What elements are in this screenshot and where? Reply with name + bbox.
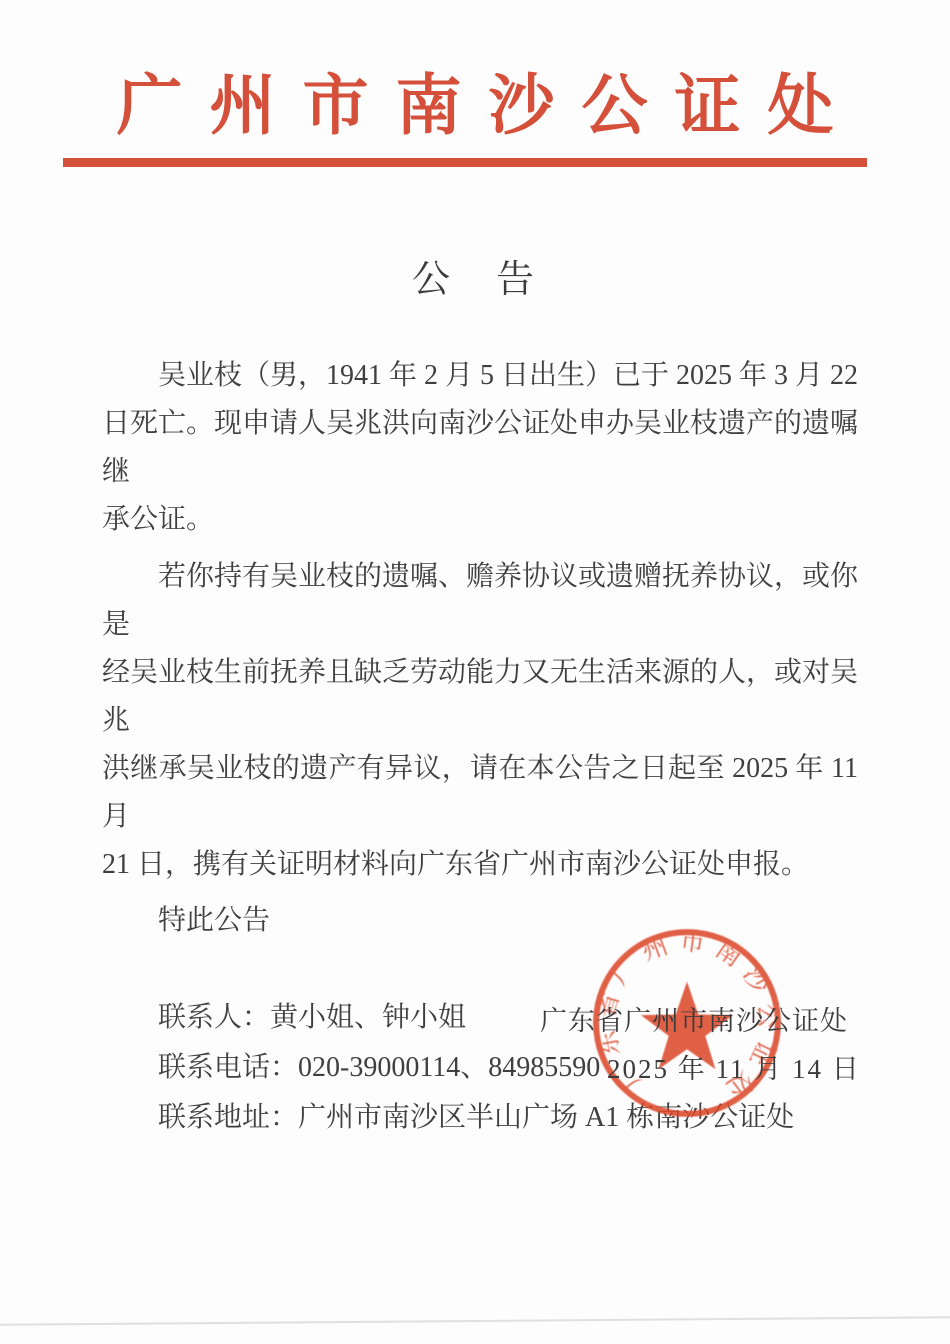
body-line: 日死亡。现申请人吴兆洪向南沙公证处申办吴业枝遗产的遗嘱继 — [102, 400, 858, 496]
document-title: 公 告 — [0, 261, 950, 299]
body-line: 吴业枝（男，1941 年 2 月 5 日出生）已于 2025 年 3 月 22 — [102, 352, 858, 400]
paragraph-death-notice: 吴业枝（男，1941 年 2 月 5 日出生）已于 2025 年 3 月 22 … — [102, 352, 858, 544]
signature-date: 2025 年 11 月 14 日 — [607, 1056, 861, 1083]
body-line: 洪继承吴业枝的遗产有异议，请在本公告之日起至 2025 年 11 月 — [102, 745, 858, 841]
letterhead-divider — [63, 158, 867, 167]
paragraph-claim-instructions: 若你持有吴业枝的遗嘱、赡养协议或遗赠抚养协议，或你是 经吴业枝生前抚养且缺乏劳动… — [102, 553, 858, 889]
body-line: 若你持有吴业枝的遗嘱、赡养协议或遗赠抚养协议，或你是 — [102, 553, 858, 649]
body-line: 经吴业枝生前抚养且缺乏劳动能力又无生活来源的人，或对吴兆 — [102, 649, 858, 745]
body-line: 21 日，携有关证明材料向广东省广州市南沙公证处申报。 — [102, 841, 858, 889]
body-line: 承公证。 — [102, 496, 858, 544]
scan-paper-edge — [0, 1316, 950, 1326]
notarial-notice-document: 广州市南沙公证处 公 告 吴业枝（男，1941 年 2 月 5 日出生）已于 2… — [0, 0, 950, 1344]
signature-organization: 广东省广州市南沙公证处 — [540, 1008, 848, 1035]
letterhead-title: 广州市南沙公证处 — [0, 74, 950, 140]
